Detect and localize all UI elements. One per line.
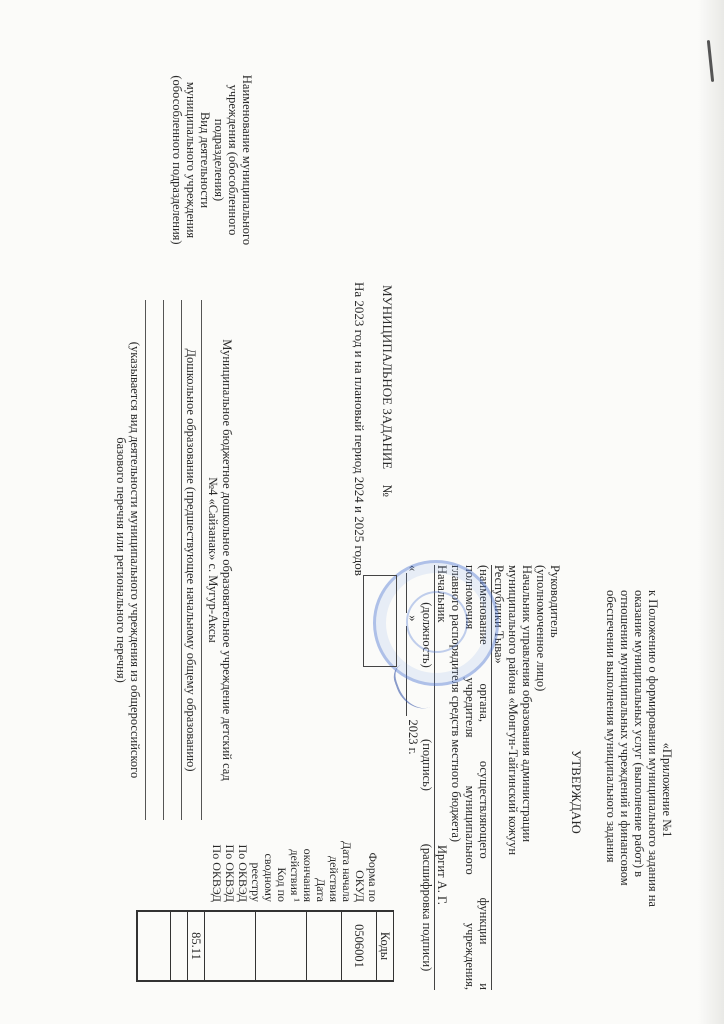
approval-role: Руководитель <box>548 565 562 990</box>
code-value-start-date <box>307 911 342 981</box>
signature-label: (подпись) <box>420 705 434 825</box>
code-label: Дата окончания действия ¹ <box>288 830 327 902</box>
activity-underline <box>163 300 164 820</box>
approval-org-line: муниципального района «Монгун-Тайгинский… <box>506 565 520 990</box>
appendix-line: оказание муниципальных услуг (выполнение… <box>632 590 646 990</box>
date-year: 2023 г. <box>406 720 420 755</box>
code-value-okud: 0506001 <box>342 911 377 981</box>
note-word: осуществляющего <box>477 761 491 859</box>
signature-space <box>435 705 449 845</box>
document-title-row: МУНИЦИПАЛЬНОЕ ЗАДАНИЕ № <box>380 285 394 497</box>
institution-label-line: Наименование муниципального <box>240 45 254 275</box>
institution-name-line: Муниципальное бюджетное дошкольное образ… <box>220 300 234 820</box>
code-label: Дата начала действия <box>327 830 353 902</box>
activity-underline <box>181 300 182 820</box>
codes-table: Коды 0506001 85.11 <box>136 910 394 982</box>
institution-name: Муниципальное бюджетное дошкольное образ… <box>206 300 234 820</box>
note-word: органа, <box>477 683 491 722</box>
code-label: По ОКВЭД <box>236 830 249 902</box>
activity-note: (указывается вид деятельности муниципаль… <box>114 300 142 820</box>
scan-edge <box>698 0 724 1024</box>
appendix-header: «Приложение №1 к Положению о формировани… <box>604 590 674 990</box>
activity-label-line: (обособленного подразделения) <box>170 45 184 275</box>
code-label: Форма по ОКУД <box>353 830 379 902</box>
document-page: «Приложение №1 к Положению о формировани… <box>0 0 724 1024</box>
code-value-okved: 85.11 <box>188 911 205 981</box>
document-number-field <box>363 575 397 667</box>
appendix-line: к Положению о формировании муниципальног… <box>646 590 660 990</box>
codes-header: Коды <box>377 911 394 981</box>
activity-underline <box>145 300 146 820</box>
appendix-title: «Приложение №1 <box>660 590 674 990</box>
code-value-registry <box>205 911 256 981</box>
institution-label-line: подразделения) <box>212 45 226 275</box>
document-period: На 2023 год и на плановый период 2024 и … <box>352 282 366 576</box>
document-number-label: № <box>380 484 395 496</box>
note-word: учредителя <box>463 677 477 737</box>
field-labels: Наименование муниципального учреждения (… <box>170 45 254 275</box>
code-labels: Форма по ОКУД Дата начала действия Дата … <box>210 830 379 902</box>
approval-role-note: (уполномоченное лицо) <box>534 565 548 990</box>
code-value-end-date <box>256 911 307 981</box>
appendix-line: отношении муниципальных учреждений и фин… <box>618 590 632 990</box>
activity-label-line: муниципального учреждения <box>184 45 198 275</box>
institution-name-line: №4 «Сайзанак» с. Мугур-Аксы <box>206 300 220 820</box>
code-label: По ОКВЭД <box>223 830 236 902</box>
activity-value: Дошкольное образование (предшествующее н… <box>184 300 198 820</box>
approval-org-line: Начальник управления образования админис… <box>520 565 534 990</box>
approval-heading: УТВЕРЖДАЮ <box>568 750 584 834</box>
code-value-okved <box>171 911 188 981</box>
note-word: функции <box>477 898 491 945</box>
code-value-okved <box>137 911 171 981</box>
institution-underline <box>201 300 202 820</box>
code-label: По ОКВЭД <box>210 830 223 902</box>
institution-label-line: учреждения (обособленного <box>226 45 240 275</box>
note-word: муниципального <box>463 786 477 875</box>
note-word: и <box>477 983 491 990</box>
decoding-label: (расшифровка подписи) <box>420 825 434 990</box>
activity-note-line: базового перечня или регионального переч… <box>114 300 128 820</box>
note-word: учреждения, <box>463 923 477 990</box>
activity-note-line: (указывается вид деятельности муниципаль… <box>128 300 142 820</box>
code-label: Код по сводному реестру <box>249 830 288 902</box>
activity-label-line: Вид деятельности <box>198 45 212 275</box>
appendix-line: обеспечении выполнения муниципального за… <box>604 590 618 990</box>
approval-signer-name: Иргит А. Г. <box>435 845 449 905</box>
document-title: МУНИЦИПАЛЬНОЕ ЗАДАНИЕ <box>380 285 395 469</box>
